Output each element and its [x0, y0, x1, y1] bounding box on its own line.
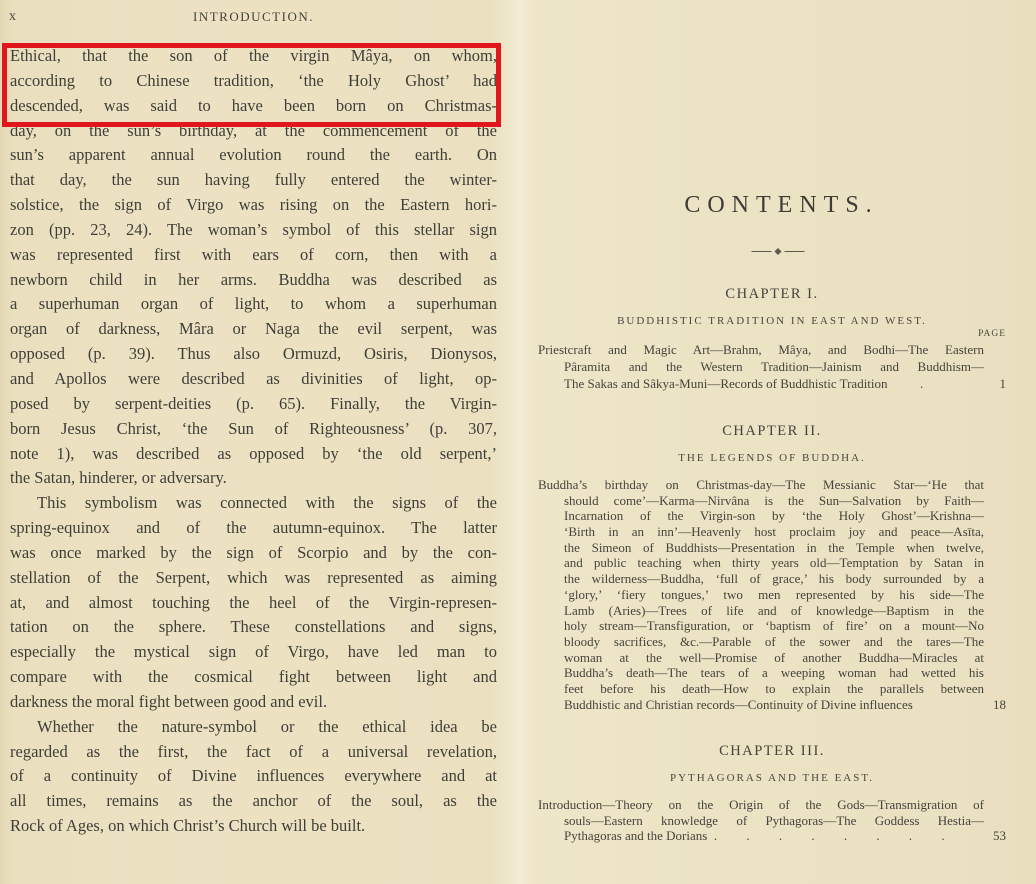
text-line: day, on the sun’s birthday, at the comme… [10, 119, 497, 144]
chapter-entry: CHAPTER I. BUDDHISTIC TRADITION IN EAST … [538, 286, 1006, 392]
contents-line: the Simeon of Buddhists—Presentation in … [538, 540, 1006, 556]
contents-line: the wilderness—Buddha, ‘full of grace,’ … [538, 571, 1006, 587]
contents-line: Priestcraft and Magic Art—Brahm, Mâya, a… [538, 341, 1006, 358]
text-line: the Satan, hinderer, or adversary. [10, 466, 497, 491]
chapter-entry: CHAPTER III. PYTHAGORAS AND THE EAST. In… [538, 743, 1006, 844]
text-line: note 1), was described as opposed by ‘th… [10, 442, 497, 467]
text-line: especially the mystical sign of Virgo, h… [10, 640, 497, 665]
contents-line-text: holy stream—Transfiguration, or ‘baptism… [538, 618, 984, 634]
contents-line-text: the wilderness—Buddha, ‘full of grace,’ … [538, 571, 984, 587]
contents-line: and public teaching when thirty years ol… [538, 555, 1006, 571]
contents-line: Buddhistic and Christian records—Continu… [538, 697, 1006, 713]
text-line: Rock of Ages, on which Christ’s Church w… [10, 814, 497, 839]
running-head: INTRODUCTION. [10, 9, 497, 25]
text-line: compare with the cosmical fight between … [10, 665, 497, 690]
contents-line: ‘glory,’ ‘fiery tongues,’ two men repres… [538, 587, 1006, 603]
ornament-rule-left [752, 251, 772, 252]
text-line: darkness the moral fight between good an… [10, 690, 497, 715]
chapter-subtitle: BUDDHISTIC TRADITION IN EAST AND WEST. [538, 315, 1006, 327]
text-line: zon (pp. 23, 24). The woman’s symbol of … [10, 218, 497, 243]
contents-line-text: ‘glory,’ ‘fiery tongues,’ two men repres… [538, 587, 984, 603]
text-line: solstice, the sign of Virgo was rising o… [10, 193, 497, 218]
contents-line: Incarnation of the Virgin-son by ‘the Ho… [538, 508, 1006, 524]
contents-line: Buddha’s birthday on Christmas-day—The M… [538, 477, 1006, 493]
contents-line-text: Buddha’s birthday on Christmas-day—The M… [538, 477, 984, 493]
text-line: newborn child in her arms. Buddha was de… [10, 268, 497, 293]
text-line: organ of darkness, Mâra or Naga the evil… [10, 317, 497, 342]
page-number: 1 [986, 375, 1006, 392]
contents-line: Lamb (Aries)—Trees of life and of knowle… [538, 603, 1006, 619]
text-line: posed by serpent-deities (p. 65). Finall… [10, 392, 497, 417]
text-line: was once marked by the sign of Scorpio a… [10, 541, 497, 566]
contents-line: The Sakas and Sâkya-Muni—Records of Budd… [538, 375, 1006, 392]
contents-title: CONTENTS. [520, 192, 1036, 219]
text-line: descended, was said to have been born on… [10, 94, 497, 119]
text-line: sun’s apparent annual evolution round th… [10, 143, 497, 168]
text-line: tation on the sphere. These constellatio… [10, 615, 497, 640]
contents-line: Buddha’s death—The tears of a weeping wo… [538, 665, 1006, 681]
contents-line-text: bloody sacrifices, &c.—Parable of the so… [538, 634, 984, 650]
contents-line: souls—Eastern knowledge of Pythagoras—Th… [538, 813, 1006, 829]
contents-line: Introduction—Theory on the Origin of the… [538, 797, 1006, 813]
contents-line-text: ‘Birth in an inn’—Heavenly host proclaim… [538, 524, 984, 540]
contents-line-text: woman at the well—Promise of another Bud… [538, 650, 984, 666]
contents-line-text: The Sakas and Sâkya-Muni—Records of Budd… [538, 375, 984, 392]
text-line: Ethical, that the son of the virgin Mâya… [10, 44, 497, 69]
text-line: that day, the sun having fully entered t… [10, 168, 497, 193]
contents-line-text: Incarnation of the Virgin-son by ‘the Ho… [538, 508, 984, 524]
contents-line-text: and public teaching when thirty years ol… [538, 555, 984, 571]
contents-line: woman at the well—Promise of another Bud… [538, 650, 1006, 666]
contents-line: Pâramita and the Western Tradition—Jaini… [538, 358, 1006, 375]
left-page: x INTRODUCTION. Ethical, that the son of… [0, 0, 520, 884]
chapter-entry: CHAPTER II. THE LEGENDS OF BUDDHA. Buddh… [538, 423, 1006, 712]
text-line: and Apollos were described as divinities… [10, 367, 497, 392]
ornament-rule-right [785, 251, 805, 252]
contents-line-text: souls—Eastern knowledge of Pythagoras—Th… [538, 813, 984, 829]
introduction-text-block: Ethical, that the son of the virgin Mâya… [10, 44, 497, 839]
chapter-heading: CHAPTER II. [538, 423, 1006, 440]
contents-line: ‘Birth in an inn’—Heavenly host proclaim… [538, 524, 1006, 540]
text-line: stellation of the Serpent, which was rep… [10, 566, 497, 591]
text-line: all times, remains as the anchor of the … [10, 789, 497, 814]
chapter-summary: Introduction—Theory on the Origin of the… [538, 797, 1006, 844]
contents-line-text: Introduction—Theory on the Origin of the… [538, 797, 984, 813]
book-scan: { "highlight": { "color": "#e1161c" }, "… [0, 0, 1036, 884]
text-line: at, and almost touching the heel of the … [10, 591, 497, 616]
contents-line: bloody sacrifices, &c.—Parable of the so… [538, 634, 1006, 650]
page-number: 53 [986, 828, 1006, 844]
text-line: opposed (p. 39). Thus also Ormuzd, Osiri… [10, 342, 497, 367]
text-line: spring-equinox and of the autumn-equinox… [10, 516, 497, 541]
contents-line-text: the Simeon of Buddhists—Presentation in … [538, 540, 984, 556]
contents-line: holy stream—Transfiguration, or ‘baptism… [538, 618, 1006, 634]
contents-line-text: should come’—Karma—Nirvâna is the Sun—Sa… [538, 493, 984, 509]
contents-line-text: Buddhistic and Christian records—Continu… [538, 697, 984, 713]
chapter-subtitle: THE LEGENDS OF BUDDHA. [538, 452, 1006, 464]
contents-line-text: Pythagoras and the Dorians . . . . . . .… [538, 828, 984, 844]
contents-line-text: Priestcraft and Magic Art—Brahm, Mâya, a… [538, 341, 984, 358]
divider-ornament-icon [752, 249, 805, 254]
contents-line-text: feet before his death—How to explain the… [538, 681, 984, 697]
chapter-heading: CHAPTER I. [538, 286, 1006, 303]
ornament-diamond [774, 248, 781, 255]
contents-line-text: Lamb (Aries)—Trees of life and of knowle… [538, 603, 984, 619]
text-line: a superhuman organ of light, to whom a s… [10, 292, 497, 317]
contents-line: feet before his death—How to explain the… [538, 681, 1006, 697]
contents-line: should come’—Karma—Nirvâna is the Sun—Sa… [538, 493, 1006, 509]
text-line: according to Chinese tradition, ‘the Hol… [10, 69, 497, 94]
text-line: of a continuity of Divine influences eve… [10, 764, 497, 789]
text-line: Whether the nature-symbol or the ethical… [10, 715, 497, 740]
right-page: CONTENTS. PAGE CHAPTER I. BUDDHISTIC TRA… [520, 0, 1036, 884]
chapter-summary: Buddha’s birthday on Christmas-day—The M… [538, 477, 1006, 712]
text-line: regarded as the first, the fact of a uni… [10, 740, 497, 765]
text-line: born Jesus Christ, ‘the Sun of Righteous… [10, 417, 497, 442]
contents-line: Pythagoras and the Dorians . . . . . . .… [538, 828, 1006, 844]
text-line: This symbolism was connected with the si… [10, 491, 497, 516]
chapter-heading: CHAPTER III. [538, 743, 1006, 760]
text-line: was represented first with ears of corn,… [10, 243, 497, 268]
chapter-subtitle: PYTHAGORAS AND THE EAST. [538, 772, 1006, 784]
chapter-summary: Priestcraft and Magic Art—Brahm, Mâya, a… [538, 341, 1006, 392]
page-number: 18 [986, 697, 1006, 713]
contents-line-text: Buddha’s death—The tears of a weeping wo… [538, 665, 984, 681]
contents-line-text: Pâramita and the Western Tradition—Jaini… [538, 358, 984, 375]
